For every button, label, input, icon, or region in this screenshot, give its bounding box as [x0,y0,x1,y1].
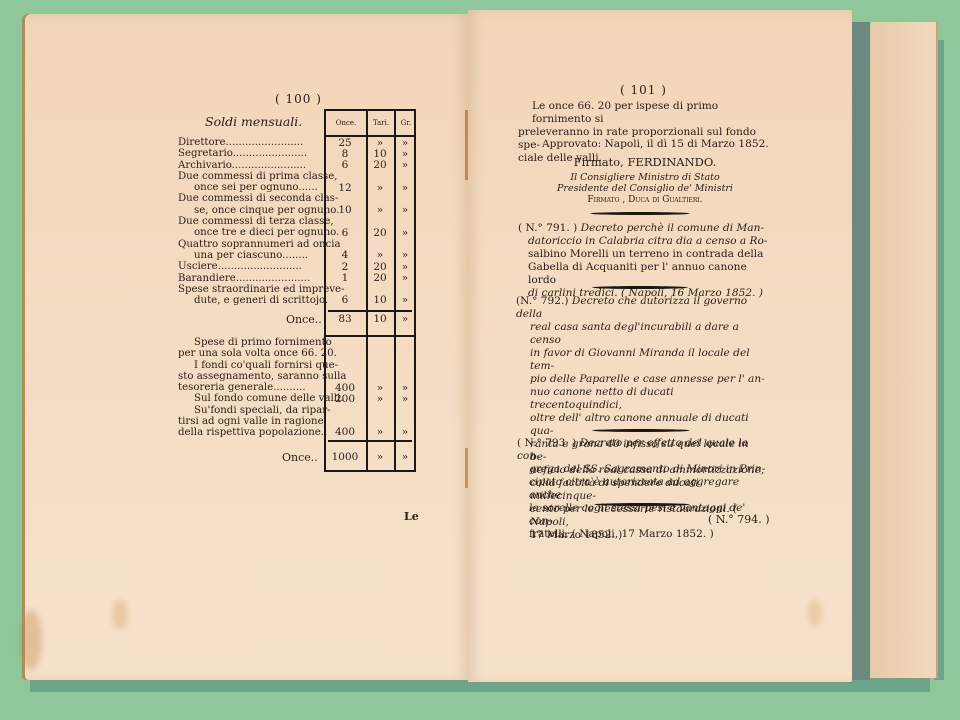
decree-line: Decreto perchè il comune di Man- [581,222,764,234]
row-label: dute, e generi di scrittojo. [178,295,323,306]
funding-gr: » [395,426,415,438]
row-label: Due commessi di seconda clas- [178,193,323,204]
page-edge-shadow [852,22,870,680]
intro-line: Le once 66. 20 per ispese di primo forni… [518,100,768,126]
cell-gr: » [395,182,415,194]
decree-line: Gabella di Acquaniti per l' annuo canone… [518,261,768,287]
note-line: sto assegnamento, saranno sulla [178,371,323,382]
decree-line: datoriccio in Calabria citra dia a censo… [518,235,768,248]
note-line: Su'fondi speciali, da ripar- [178,405,323,416]
foxing-stain [20,610,42,670]
row-label: Due commessi di terza classe, [178,216,323,227]
left-page-number: ( 100 ) [275,92,322,106]
col-header-tari: Tarì. [368,119,394,127]
note-line: I fondi co'quali fornirsi que- [178,360,323,371]
right-catchword: ( N.° 794. ) [708,513,769,526]
cell-once: 6 [326,294,364,306]
minister-title: Il Consigliere Ministro di Stato Preside… [520,172,770,194]
note-line: tirsi ad ogni valle in ragione [178,416,323,427]
subtotal-tari: 10 [367,313,393,325]
row-label: Direttore........................ [178,137,323,148]
decree-line: fratelli. ( Napoli, 17 Marzo 1852. ) [517,528,767,541]
cell-tari: 20 [367,272,393,284]
funding-gr: » [395,393,415,405]
col-header-gr: Gr. [396,119,416,127]
minister-line: Il Consigliere Ministro di Stato [520,172,770,183]
cell-gr: » [395,159,415,171]
minister-line: Presidente del Consiglio de' Ministri [520,183,770,194]
decree-line: real casa santa degl'incurabili a dare a… [516,321,766,347]
note-line: per una sola volta once 66. 20. [178,348,323,359]
cell-tari: » [367,182,393,194]
underlying-pages [870,22,938,678]
row-label: una per ciascuno........ [178,250,323,261]
minister-signature: Firmato , Duca di Gualtieri. [520,194,770,207]
signature-ferdinando: Firmato, FERDINANDO. [520,156,770,169]
total-once: 1000 [326,451,364,463]
separator-rule [594,503,690,506]
table-title: Soldi mensuali. [205,114,302,129]
salary-labels: Direttore........................ Segret… [178,137,323,306]
col-header-once: Once. [326,119,366,127]
cell-tari: 10 [367,294,393,306]
cell-gr: » [395,204,415,216]
subtotal-once: 83 [326,313,364,325]
row-label: Spese straordinarie ed impreve- [178,284,323,295]
row-label: Usciere.......................... [178,261,323,272]
total-gr: » [395,451,415,463]
decree-line: oltre dell' altro canone annuale di duca… [516,412,766,438]
row-label: Archivario....................... [178,160,323,171]
decree-number: ( N.° 791. ) [518,222,577,234]
cell-once: 4 [326,249,364,261]
foxing-stain [112,600,128,630]
foxing-stain [808,600,822,626]
row-label: once sei per ognuno...... [178,182,323,193]
funding-tari: » [367,393,393,405]
cell-gr: » [395,272,415,284]
note-line: tesoreria generale.......... [178,382,323,393]
separator-rule [592,429,690,432]
cell-once: 12 [326,182,364,194]
funding-notes: Spese di primo fornimento per una sola v… [178,337,323,439]
approval-line: Approvato: Napoli, il dì 15 di Marzo 185… [542,138,792,151]
row-label: once tre e dieci per ognuno. [178,227,323,238]
decree-line: cipato citra è autorizzata ad aggregare … [517,476,767,502]
row-label: Quattro soprannumeri ad oncia [178,239,323,250]
right-page-number: ( 101 ) [620,83,667,97]
cell-once: 6 [326,159,364,171]
decree-line: salbino Morelli un terreno in contrada d… [518,248,768,261]
row-label: Barandiere....................... [178,273,323,284]
gutter-stain [465,110,468,180]
left-catchword: Le [404,510,419,523]
row-label: Segretario....................... [178,148,323,159]
cell-tari: » [367,204,393,216]
note-line: Spese di primo fornimento [178,337,323,348]
cell-once: 6 [326,227,364,239]
subtotal-gr: » [395,313,415,325]
separator-rule [592,286,688,289]
cell-tari: 20 [367,159,393,171]
cell-once: 1 [326,272,364,284]
cell-tari: » [367,249,393,261]
decree-number: ( N.° 793. ) [517,437,576,449]
funding-once: 400 [326,426,364,438]
decree-line: nuo canone netto di ducati trecentoquind… [516,386,766,412]
cell-tari: 20 [367,227,393,239]
note-line: Sul fondo comune delle valli. [178,393,323,404]
decree-line: in favor di Giovanni Miranda il locale d… [516,347,766,373]
subtotal-label: Once.. [286,313,322,326]
total-label: Once.. [282,451,318,464]
decree-line: grega del SS. Sagramento di Minori in Pr… [517,463,767,476]
total-tari: » [367,451,393,463]
cell-gr: » [395,227,415,239]
separator-rule [590,212,690,215]
row-label: Due commessi di prima classe, [178,171,323,182]
note-line: della rispettiva popolazione.. [178,427,323,438]
funding-tari: » [367,426,393,438]
row-label: se, once cinque per ognuno. [178,205,323,216]
cell-gr: » [395,249,415,261]
decree-number: (N.° 792.) [516,295,568,307]
funding-once: 200 [326,393,364,405]
decree-line: pio delle Paparelle e case annesse per l… [516,373,766,386]
gutter-stain [465,448,468,488]
cell-once: 10 [326,204,364,216]
cell-gr: » [395,294,415,306]
